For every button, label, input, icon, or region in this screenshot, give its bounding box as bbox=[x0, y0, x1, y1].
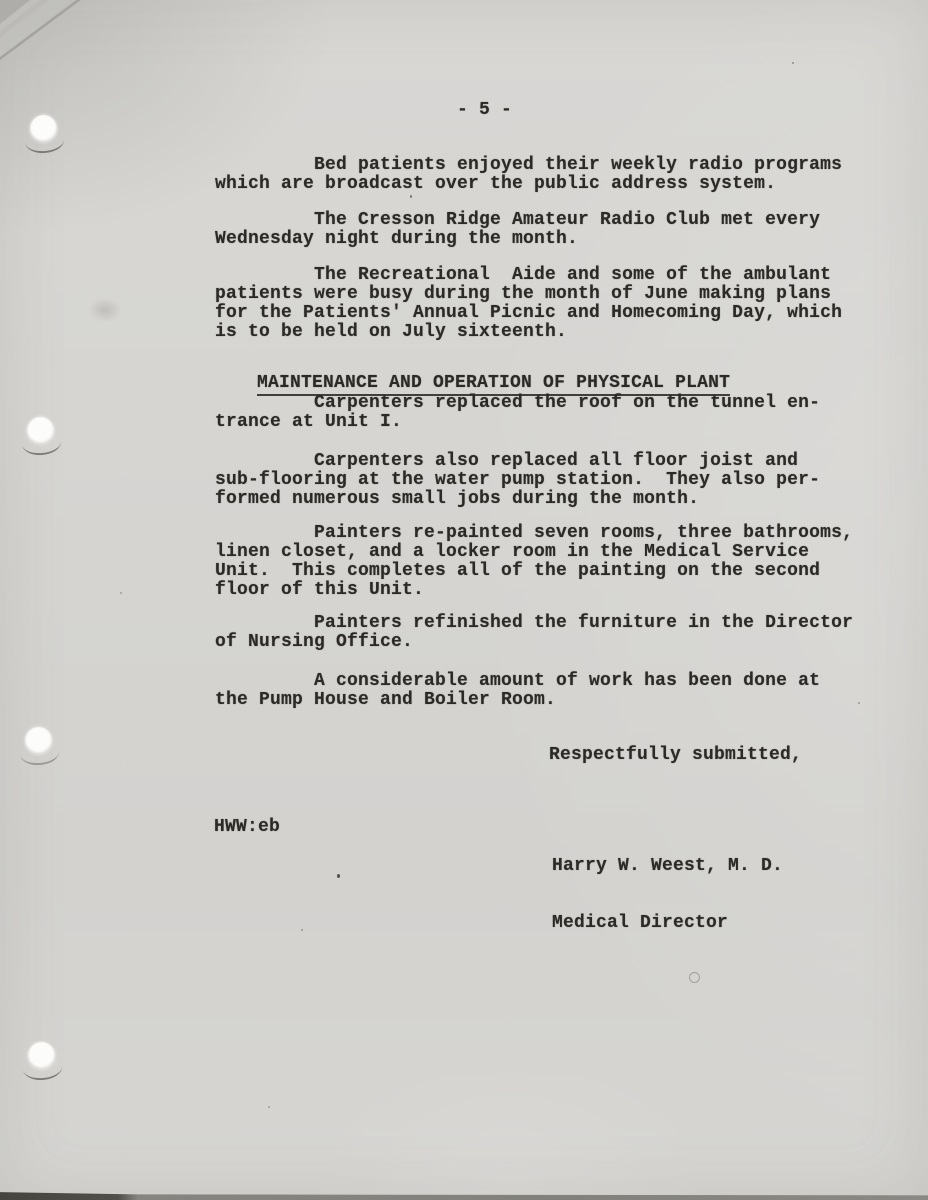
closing-line: Respectfully submitted, bbox=[549, 746, 802, 765]
signature-title: Medical Director bbox=[552, 914, 783, 933]
signature-block: Harry W. Weest, M. D. Medical Director bbox=[552, 819, 783, 971]
page-bottom-edge bbox=[0, 1191, 928, 1200]
paper-speck bbox=[792, 62, 794, 64]
punch-hole bbox=[28, 1042, 55, 1069]
paragraph-painters-furniture: Painters refinished the furniture in the… bbox=[215, 614, 853, 652]
punch-hole bbox=[30, 115, 57, 142]
paragraph-pump-house: A considerable amount of work has been d… bbox=[215, 672, 820, 710]
typist-initials: HWW:eb bbox=[214, 818, 280, 837]
paper-speck bbox=[120, 592, 122, 594]
paragraph-recreational-aide: The Recreational Aide and some of the am… bbox=[215, 266, 842, 342]
paragraph-carpenters-roof: Carpenters replaced the roof on the tunn… bbox=[215, 394, 820, 432]
signature-name: Harry W. Weest, M. D. bbox=[552, 857, 783, 876]
corner-crease-mark bbox=[0, 0, 120, 90]
ring-smudge-mark bbox=[689, 972, 700, 983]
paper-speck bbox=[268, 1106, 270, 1108]
scanned-document-page: - 5 - Bed patients enjoyed their weekly … bbox=[0, 0, 928, 1200]
paper-speck bbox=[410, 195, 412, 198]
punch-hole bbox=[25, 727, 52, 754]
paragraph-bed-patients: Bed patients enjoyed their weekly radio … bbox=[215, 156, 842, 194]
paper-speck bbox=[858, 702, 860, 704]
paper-speck bbox=[301, 929, 303, 931]
paragraph-painters-rooms: Painters re-painted seven rooms, three b… bbox=[215, 524, 853, 600]
paragraph-carpenters-flooring: Carpenters also replaced all floor joist… bbox=[215, 452, 820, 509]
paragraph-radio-club: The Cresson Ridge Amateur Radio Club met… bbox=[215, 211, 820, 249]
paper-speck bbox=[337, 874, 340, 878]
page-number: - 5 - bbox=[457, 101, 512, 120]
punch-hole bbox=[27, 417, 54, 444]
